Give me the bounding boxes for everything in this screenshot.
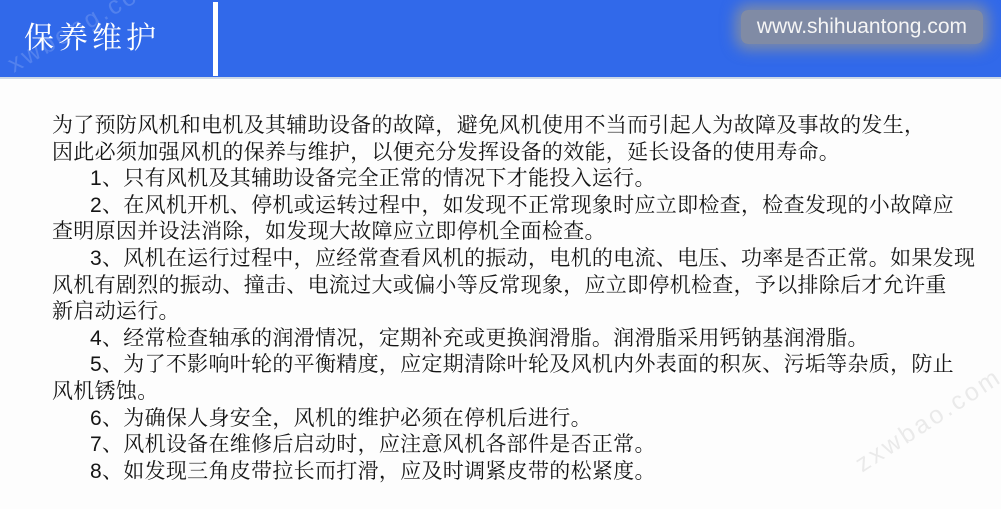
text-line: 8、如发现三角皮带拉长而打滑，应及时调紧皮带的松紧度。 xyxy=(52,459,1001,486)
text-line: 6、为确保人身安全，风机的维护必须在停机后进行。 xyxy=(52,406,1001,433)
text-line: 5、为了不影响叶轮的平衡精度，应定期清除叶轮及风机内外表面的积灰、污垢等杂质，防… xyxy=(52,352,1001,379)
text-line: 3、风机在运行过程中，应经常查看风机的振动，电机的电流、电压、功率是否正常。如果… xyxy=(52,246,1001,273)
text-line: 风机锈蚀。 xyxy=(52,379,1001,406)
text-line: 7、风机设备在维修后启动时，应注意风机各部件是否正常。 xyxy=(52,432,1001,459)
header-banner: xwbeng.com 保养维护 www.shihuantong.com xyxy=(0,0,1001,79)
content-area: 为了预防风机和电机及其辅助设备的故障，避免风机使用不当而引起人为故障及事故的发生… xyxy=(0,79,1001,485)
page-title: 保养维护 xyxy=(24,24,160,54)
text-line: 1、只有风机及其辅助设备完全正常的情况下才能投入运行。 xyxy=(52,166,1001,193)
text-line: 风机有剧烈的振动、撞击、电流过大或偏小等反常现象，应立即停机检查，予以排除后才允… xyxy=(52,273,1001,300)
header-divider xyxy=(213,2,218,76)
text-line: 为了预防风机和电机及其辅助设备的故障，避免风机使用不当而引起人为故障及事故的发生… xyxy=(52,113,1001,140)
text-line: 4、经常检查轴承的润滑情况，定期补充或更换润滑脂。润滑脂采用钙钠基润滑脂。 xyxy=(52,326,1001,353)
site-url-text: www.shihuantong.com xyxy=(757,15,967,38)
page: xwbeng.com 保养维护 www.shihuantong.com 为了预防… xyxy=(0,0,1001,509)
text-line: 查明原因并设法消除，如发现大故障应立即停机全面检查。 xyxy=(52,219,1001,246)
site-url-badge: www.shihuantong.com xyxy=(741,10,983,44)
text-line: 2、在风机开机、停机或运转过程中，如发现不正常现象时应立即检查，检查发现的小故障… xyxy=(52,193,1001,220)
text-line: 新启动运行。 xyxy=(52,299,1001,326)
text-line: 因此必须加强风机的保养与维护，以便充分发挥设备的效能，延长设备的使用寿命。 xyxy=(52,140,1001,167)
